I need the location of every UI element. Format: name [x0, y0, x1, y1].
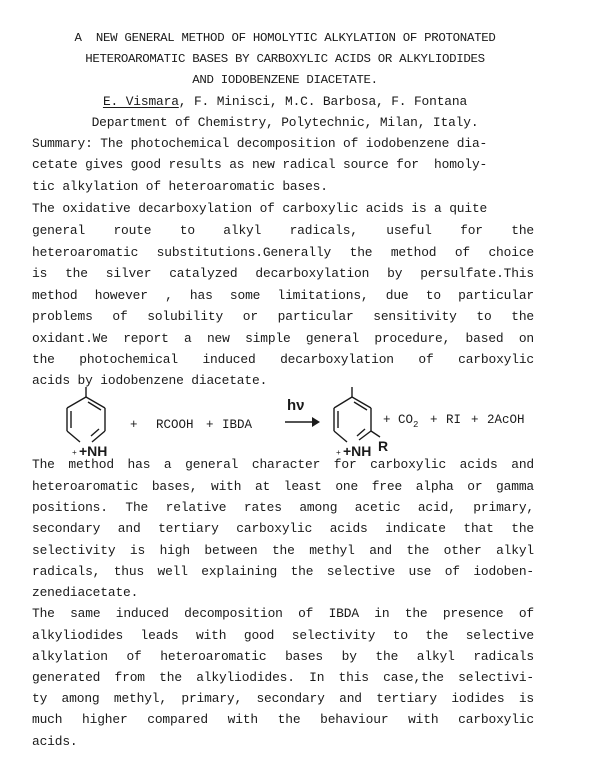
summary-line: cetate gives good results as new radical… [32, 158, 534, 172]
byproduct-ri: RI [446, 413, 461, 427]
byproduct-acoh: 2AcOH [487, 413, 525, 427]
authors: E. Vismara, F. Minisci, M.C. Barbosa, F.… [0, 95, 570, 109]
body-line: alkylation of heteroaromatic bases by th… [32, 650, 534, 664]
body-line: selectivity is high between the methyl a… [32, 544, 534, 558]
product-ring [334, 387, 380, 442]
body-line: The oxidative decarboxylation of carboxy… [32, 202, 534, 216]
pyridinium-ring [67, 387, 105, 442]
plus-sign: + [130, 418, 138, 432]
body-line: much higher compared with the behaviour … [32, 713, 534, 727]
body-line: heteroaromatic bases, with at least one … [32, 480, 534, 494]
body-line: The same induced decomposition of IBDA i… [32, 607, 534, 621]
body-line: positions. The relative rates among acet… [32, 501, 534, 515]
body-line: ty among methyl, primary, secondary and … [32, 692, 534, 706]
body-line: generated from the alkyliodides. In this… [32, 671, 534, 685]
body-line: problems of solubility or particular sen… [32, 310, 534, 324]
reagent-ibda: IBDA [222, 418, 253, 432]
body-line: alkyliodides leads with good selectivity… [32, 629, 534, 643]
byproduct-co2: CO2 [398, 413, 418, 430]
condition-hv: hν [287, 397, 305, 414]
body-line: secondary and tertiary carboxylic acids … [32, 522, 534, 536]
body-line: radicals, thus well explaining the selec… [32, 565, 534, 579]
reaction-arrow [285, 417, 320, 427]
plus-sign: + [383, 413, 391, 427]
plus-sign: + [430, 413, 438, 427]
title-line-3: AND IODOBENZENE DIACETATE. [0, 73, 570, 87]
presenting-author: E. Vismara [103, 94, 179, 109]
body-line: the photochemical induced decarboxylatio… [32, 353, 534, 367]
body-line: The method has a general character for c… [32, 458, 534, 472]
product-r-group: R [378, 438, 388, 454]
body-line: general route to alkyl radicals, useful … [32, 224, 534, 238]
title-line-2: HETEROAROMATIC BASES BY CARBOXYLIC ACIDS… [0, 52, 570, 66]
body-line: acids. [32, 735, 534, 749]
reagent-rcooh: RCOOH [156, 418, 194, 432]
summary-line: tic alkylation of heteroaromatic bases. [32, 180, 534, 194]
title-line-1: A NEW GENERAL METHOD OF HOMOLYTIC ALKYLA… [0, 31, 570, 45]
summary-line: Summary: The photochemical decomposition… [32, 137, 534, 151]
body-line: is the silver catalyzed decarboxylation … [32, 267, 534, 281]
body-line: oxidant.We report a new simple general p… [32, 332, 534, 346]
body-line: zenediacetate. [32, 586, 534, 600]
reaction-scheme: + +NH + RCOOH + IBDA hν + +NH R + CO2 + … [50, 385, 570, 460]
plus-sign: + [206, 418, 214, 432]
body-line: method however , has some limitations, d… [32, 289, 534, 303]
body-line: heteroaromatic substitutions.Generally t… [32, 246, 534, 260]
affiliation: Department of Chemistry, Polytechnic, Mi… [0, 116, 570, 130]
co-authors: , F. Minisci, M.C. Barbosa, F. Fontana [179, 94, 467, 109]
plus-sign: + [471, 413, 479, 427]
